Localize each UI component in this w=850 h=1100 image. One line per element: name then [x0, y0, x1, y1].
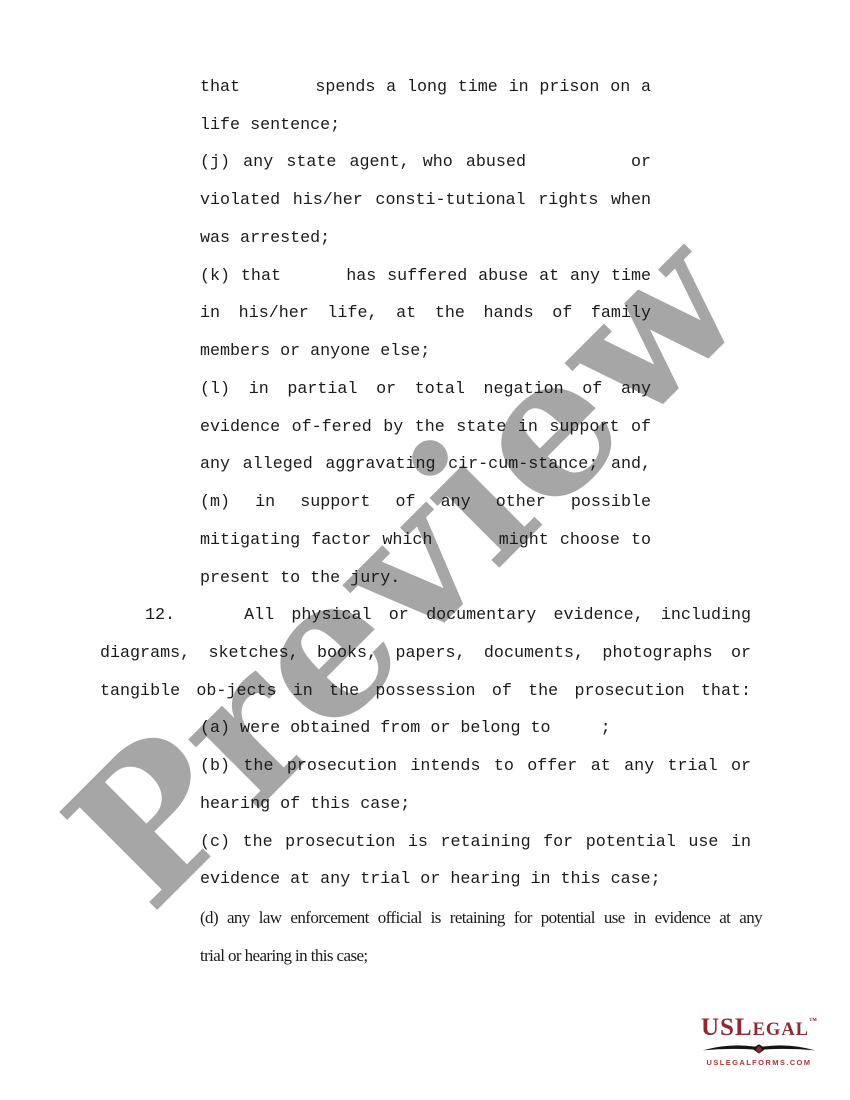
- document-line: present to the jury.: [200, 560, 651, 598]
- document-body: that spends a long time in prison on ali…: [0, 69, 850, 975]
- document-page: Preview that spends a long time in priso…: [0, 0, 850, 1100]
- trademark-symbol: ™: [809, 1016, 817, 1025]
- document-line: (a) were obtained from or belong to ;: [200, 710, 751, 748]
- document-line: (j) any state agent, who abused or: [200, 144, 651, 182]
- document-line: 12. All physical or documentary evidence…: [100, 597, 751, 635]
- logo-name-primary: USL: [701, 1014, 753, 1041]
- document-line: that spends a long time in prison on a: [200, 69, 651, 107]
- uslegal-logo: USLEGAL™ USLEGALFORMS.COM: [692, 1015, 826, 1067]
- document-line: evidence at any trial or hearing in this…: [200, 861, 751, 899]
- document-line: life sentence;: [200, 107, 651, 145]
- eagle-icon: [701, 1041, 817, 1056]
- document-line: evidence of-fered by the state in suppor…: [200, 409, 651, 447]
- document-line: (m) in support of any other possible: [200, 484, 651, 522]
- document-line: (k) that has suffered abuse at any time: [200, 258, 651, 296]
- logo-website: USLEGALFORMS.COM: [692, 1058, 826, 1067]
- document-line: violated his/her consti-tutional rights …: [200, 182, 651, 220]
- document-line: (c) the prosecution is retaining for pot…: [200, 824, 751, 862]
- document-line: mitigating factor which might choose to: [200, 522, 651, 560]
- document-line: (d) any law enforcement official is reta…: [200, 899, 762, 937]
- document-line: hearing of this case;: [200, 786, 751, 824]
- document-line: (l) in partial or total negation of any: [200, 371, 651, 409]
- logo-name: USLEGAL™: [692, 1015, 826, 1040]
- document-line: was arrested;: [200, 220, 651, 258]
- document-line: tangible ob-jects in the possession of t…: [100, 673, 751, 711]
- document-line: trial or hearing in this case;: [200, 937, 762, 975]
- document-line: in his/her life, at the hands of family: [200, 295, 651, 333]
- document-line: members or anyone else;: [200, 333, 651, 371]
- document-line: any alleged aggravating cir-cum-stance; …: [200, 446, 651, 484]
- document-line: (b) the prosecution intends to offer at …: [200, 748, 751, 786]
- document-line: diagrams, sketches, books, papers, docum…: [100, 635, 751, 673]
- logo-name-secondary: EGAL: [753, 1020, 809, 1040]
